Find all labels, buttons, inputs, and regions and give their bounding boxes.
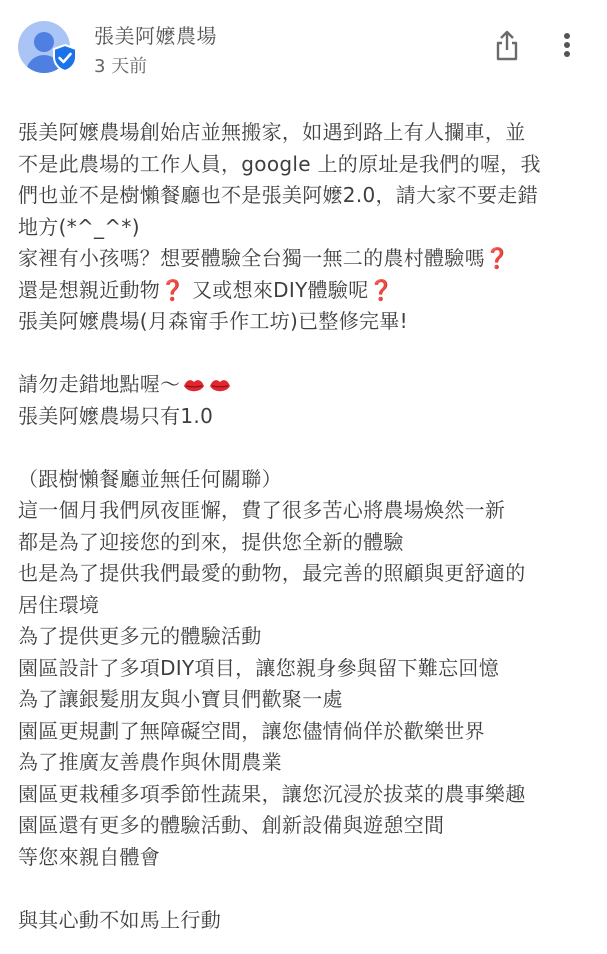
blank-line bbox=[18, 432, 598, 464]
post-line-text: 請勿走錯地點喔～ bbox=[18, 372, 180, 396]
post-line-text: 還是想親近動物 bbox=[18, 278, 160, 302]
post-line: 等您來親自體會 bbox=[18, 842, 598, 874]
blank-line bbox=[18, 873, 598, 905]
post-line: 園區還有更多的體驗活動、創新設備與遊憩空間 bbox=[18, 810, 598, 842]
post-line: 張美阿嬤農場只有1.0 bbox=[18, 401, 598, 433]
more-options-button[interactable] bbox=[555, 28, 579, 64]
post-line: 也是為了提供我們最愛的動物，最完善的照顧與更舒適的 bbox=[18, 558, 598, 590]
question-mark-icon: ❓ bbox=[160, 278, 185, 302]
post-line: 園區更規劃了無障礙空間，讓您儘情倘佯於歡樂世界 bbox=[18, 716, 598, 748]
post-line: 們也並不是樹懶餐廳也不是張美阿嬤2.0，請大家不要走錯 bbox=[18, 180, 598, 212]
post-line: 地方(*^_^*) bbox=[18, 212, 598, 244]
post-line: 還是想親近動物❓ 又或想來DIY體驗呢❓ bbox=[18, 275, 598, 307]
post-header: 張美阿嬤農場 3 天前 bbox=[0, 0, 607, 100]
post-timestamp: 3 天前 bbox=[94, 52, 147, 78]
verified-shield-icon bbox=[52, 44, 78, 72]
post-line-text: 又或想來DIY體驗呢 bbox=[192, 278, 369, 302]
post-body: 張美阿嬤農場創始店並無搬家，如遇到路上有人攔車，並 不是此農場的工作人員，goo… bbox=[18, 117, 598, 936]
post-line-text: 家裡有小孩嗎？想要體驗全台獨一無二的農村體驗嗎 bbox=[18, 246, 485, 270]
person-head-icon bbox=[34, 32, 54, 52]
question-mark-icon: ❓ bbox=[485, 246, 510, 270]
kiss-mark-icon bbox=[208, 377, 232, 395]
more-vert-icon bbox=[555, 28, 579, 64]
post-line: 張美阿嬤農場(月森甯手作工坊)已整修完畢! bbox=[18, 306, 598, 338]
post-line: 不是此農場的工作人員，google 上的原址是我們的喔，我 bbox=[18, 149, 598, 181]
post-line: 為了推廣友善農作與休閒農業 bbox=[18, 747, 598, 779]
post-line: 張美阿嬤農場創始店並無搬家，如遇到路上有人攔車，並 bbox=[18, 117, 598, 149]
blank-line bbox=[18, 338, 598, 370]
question-mark-icon: ❓ bbox=[369, 278, 394, 302]
post-line: 為了讓銀髮朋友與小寶貝們歡聚一處 bbox=[18, 684, 598, 716]
post-line: 為了提供更多元的體驗活動 bbox=[18, 621, 598, 653]
business-name[interactable]: 張美阿嬤農場 bbox=[94, 20, 217, 49]
post-line: 園區更栽種多項季節性蔬果，讓您沉浸於拔菜的農事樂趣 bbox=[18, 779, 598, 811]
post-line: 請勿走錯地點喔～ bbox=[18, 369, 598, 401]
post-line: 家裡有小孩嗎？想要體驗全台獨一無二的農村體驗嗎❓ bbox=[18, 243, 598, 275]
post-line: 居住環境 bbox=[18, 590, 598, 622]
post-line: 這一個月我們夙夜匪懈，費了很多苦心將農場煥然一新 bbox=[18, 495, 598, 527]
share-button[interactable] bbox=[490, 28, 524, 64]
post-line: 與其心動不如馬上行動 bbox=[18, 905, 598, 937]
kiss-mark-icon bbox=[182, 377, 206, 395]
post-line: （跟樹懶餐廳並無任何關聯） bbox=[18, 464, 598, 496]
post-line: 園區設計了多項DIY項目，讓您親身參與留下難忘回憶 bbox=[18, 653, 598, 685]
post-line: 都是為了迎接您的到來，提供您全新的體驗 bbox=[18, 527, 598, 559]
share-icon bbox=[490, 28, 524, 64]
